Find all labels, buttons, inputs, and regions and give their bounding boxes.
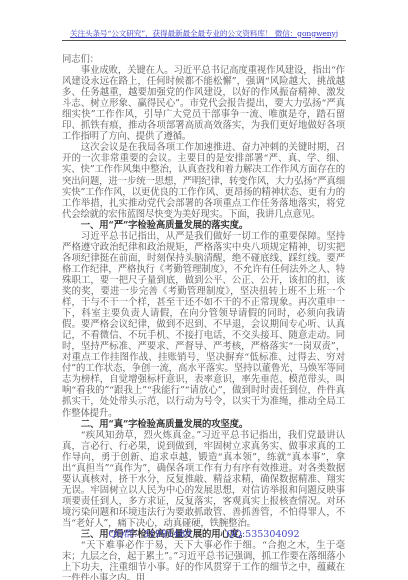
paragraph: 习近平总书记指出，从严是我们做好一切工作的重要保障。坚持严格遵守政治纪律和政治规… <box>62 231 345 419</box>
paragraph: “天下难事必作于易，天下大事必作于细。“合抱之木，生于毫末；九层之台，起于累土”… <box>62 540 345 580</box>
paragraph: 这次会议是在我局各项工作加速推进、奋力冲刺的关键时期，召开的一次非常重要的会议。… <box>62 142 345 219</box>
footer-contact: QQ群：31991489 QQ:535304092 <box>0 526 408 540</box>
document-body: 同志们： 事业成败，关键在人。习近平总书记高度重视作风建设，指出“作风建设永远在… <box>62 54 345 580</box>
header-promo-text[interactable]: 关注头条号“公文研究”，获得最新最全最专业的公文资料库！ 微信：gongweny… <box>70 29 338 38</box>
qq-number: QQ:535304092 <box>226 529 299 540</box>
qq-group-number: QQ群：31991489 <box>108 529 191 540</box>
paragraph: 事业成败，关键在人。习近平总书记高度重视作风建设，指出“作风建设永远在路上，任何… <box>62 65 345 142</box>
paragraph: “疾风知劲草，烈火炼真金。”习近平总书记指出，我们党最讲认真，言必行、行必果，说… <box>62 430 345 529</box>
salutation: 同志们： <box>62 54 345 65</box>
section-heading-true: 二、用“真”字检验高质量发展的攻坚度。 <box>62 419 345 430</box>
header-promo-link[interactable]: 关注头条号“公文研究”，获得最新最全最专业的公文资料库！ 微信：gongweny… <box>62 28 346 41</box>
section-heading-strict: 一、用“严”字检验高质量发展的落实度。 <box>62 220 345 231</box>
